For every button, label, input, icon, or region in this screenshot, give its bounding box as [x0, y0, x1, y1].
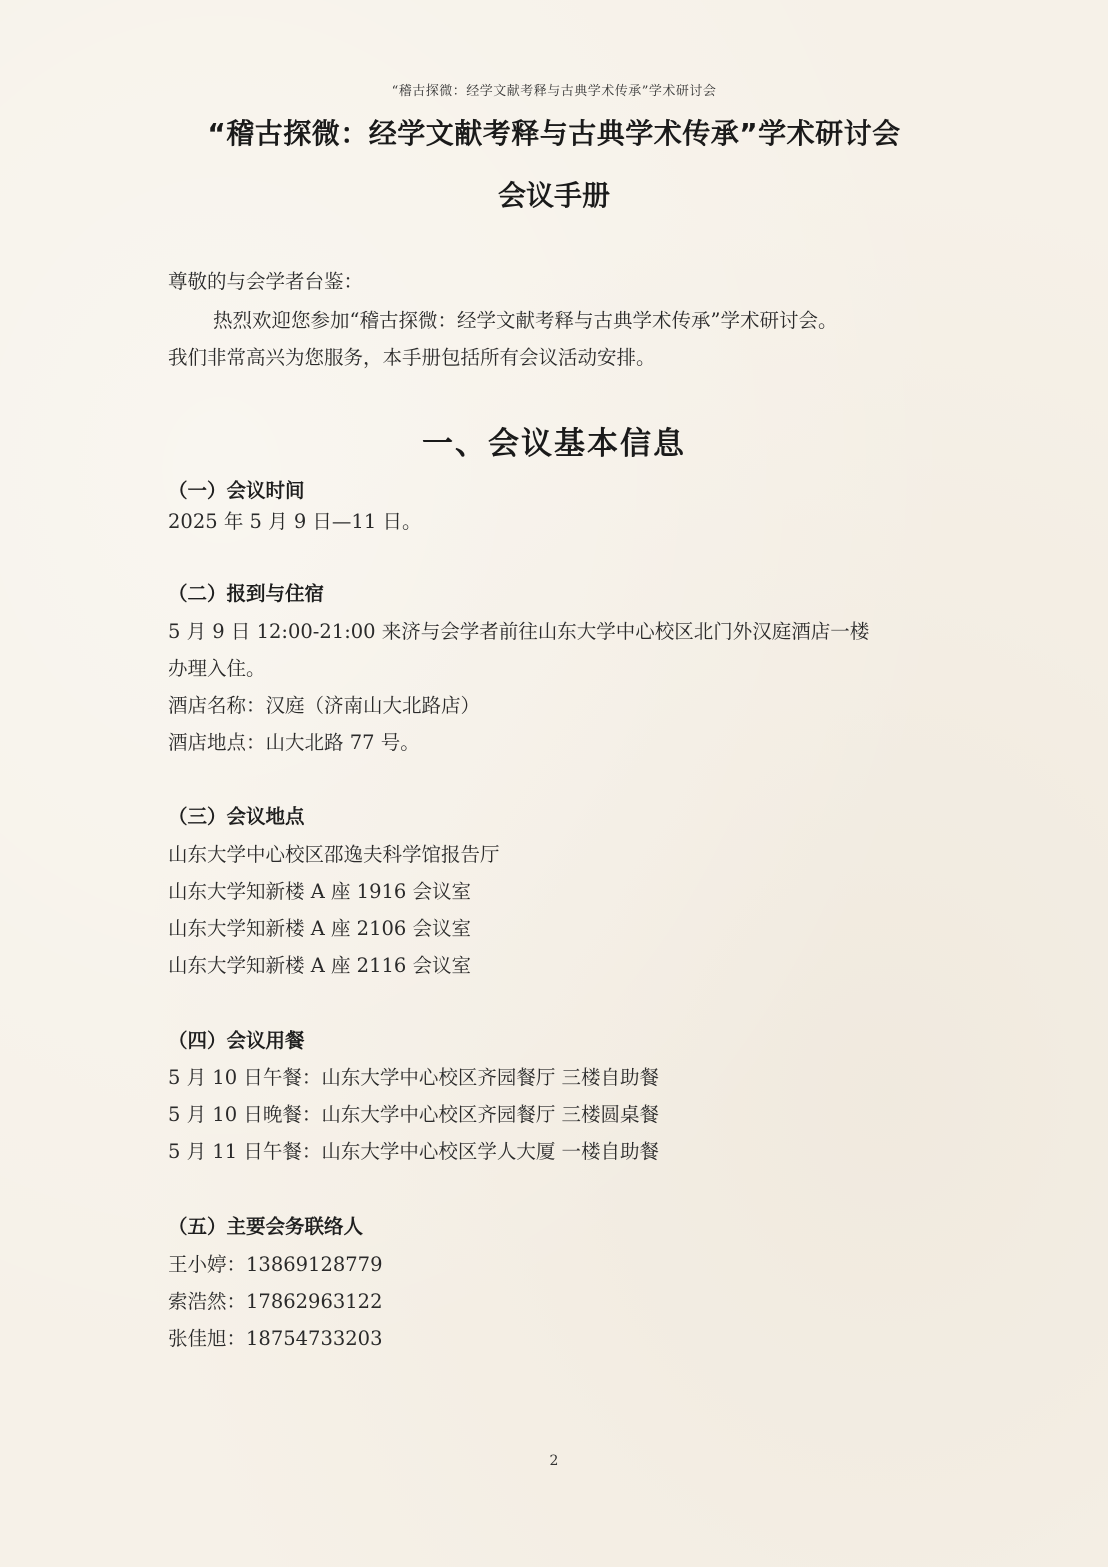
venue-item: 山东大学中心校区邵逸夫科学馆报告厅	[168, 839, 500, 867]
venue-item: 山东大学知新楼 A 座 2106 会议室	[168, 913, 471, 941]
subsection-heading-dining: （四）会议用餐	[168, 1025, 305, 1053]
meal-item: 5 月 11 日午餐：山东大学中心校区学人大厦 一楼自助餐	[168, 1136, 659, 1164]
hotel-name: 酒店名称：汉庭（济南山大北路店）	[168, 690, 480, 718]
contact-item: 张佳旭：18754733203	[168, 1323, 382, 1351]
welcome-line-1: 热烈欢迎您参加“稽古探微：经学文献考释与古典学术传承”学术研讨会。	[213, 305, 837, 333]
contact-item: 王小婷：13869128779	[168, 1249, 382, 1277]
venue-item: 山东大学知新楼 A 座 2116 会议室	[168, 950, 471, 978]
meal-item: 5 月 10 日晚餐：山东大学中心校区齐园餐厅 三楼圆桌餐	[168, 1099, 659, 1127]
document-page: “稽古探微：经学文献考释与古典学术传承”学术研讨会 “稽古探微：经学文献考释与古…	[0, 0, 1108, 1567]
subsection-heading-venue: （三）会议地点	[168, 801, 305, 829]
salutation: 尊敬的与会学者台鉴：	[168, 266, 363, 294]
page-number: 2	[0, 1453, 1108, 1469]
running-header: “稽古探微：经学文献考释与古典学术传承”学术研讨会	[0, 80, 1108, 99]
welcome-line-2: 我们非常高兴为您服务，本手册包括所有会议活动安排。	[168, 342, 656, 370]
meal-item: 5 月 10 日午餐：山东大学中心校区齐园餐厅 三楼自助餐	[168, 1062, 659, 1090]
venue-item: 山东大学知新楼 A 座 1916 会议室	[168, 876, 471, 904]
document-title: “稽古探微：经学文献考释与古典学术传承”学术研讨会	[0, 112, 1108, 152]
subsection-heading-contacts: （五）主要会务联络人	[168, 1211, 363, 1239]
meeting-date: 2025 年 5 月 9 日—11 日。	[168, 506, 421, 534]
subsection-heading-accommodation: （二）报到与住宿	[168, 578, 324, 606]
document-subtitle: 会议手册	[0, 174, 1108, 214]
checkin-line-1: 5 月 9 日 12:00-21:00 来济与会学者前往山东大学中心校区北门外汉…	[168, 616, 869, 644]
subsection-heading-time: （一）会议时间	[168, 475, 305, 503]
section-heading: 一、会议基本信息	[0, 418, 1108, 463]
hotel-address: 酒店地点：山大北路 77 号。	[168, 727, 420, 755]
checkin-line-2: 办理入住。	[168, 653, 266, 681]
contact-item: 索浩然：17862963122	[168, 1286, 382, 1314]
